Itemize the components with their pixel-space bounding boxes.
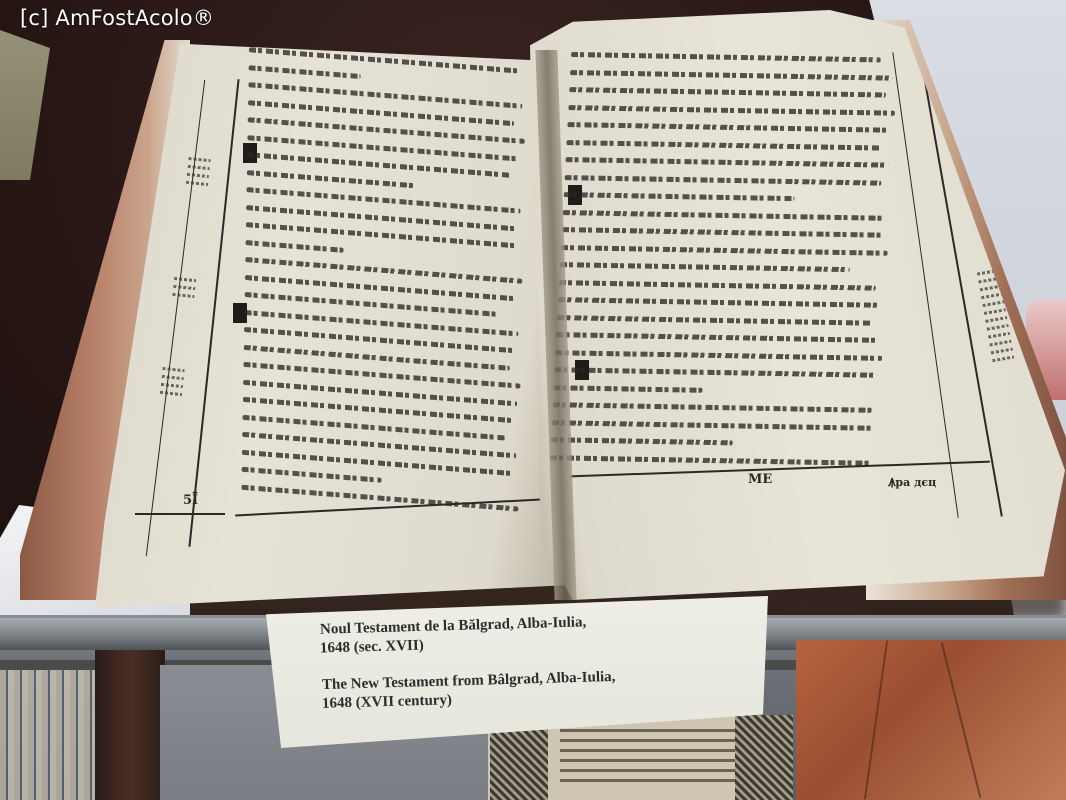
case-post bbox=[95, 650, 165, 800]
right-page-text bbox=[549, 52, 901, 478]
left-page-text bbox=[241, 47, 529, 523]
museum-exhibit-photo: 5Ї МЕ Ꙟра дєц bbox=[0, 0, 1066, 800]
label-date-ro: 1648 (sec. XVII) bbox=[320, 638, 424, 658]
margin-notes bbox=[159, 367, 184, 401]
bottom-rule bbox=[135, 513, 225, 515]
catchword: Ꙟра дєц bbox=[888, 475, 936, 490]
left-page-numeral: 5Ї bbox=[183, 493, 198, 508]
label-date-en: 1648 (XVII century) bbox=[322, 692, 452, 713]
tiled-floor bbox=[796, 640, 1066, 800]
margin-notes bbox=[185, 157, 210, 191]
watermark: [c] AmFostAcolo® bbox=[20, 6, 214, 30]
folio-number: МЕ bbox=[748, 472, 772, 487]
label-title-en: The New Testament from Bâlgrad, Alba-Iul… bbox=[322, 669, 616, 694]
exhibit-text bbox=[560, 722, 735, 789]
exhibit-ornament-border bbox=[735, 715, 793, 800]
margin-notes bbox=[172, 277, 196, 303]
label-title-ro: Noul Testament de la Bălgrad, Alba-Iulia… bbox=[320, 614, 587, 638]
exhibit-page-left bbox=[0, 670, 95, 800]
